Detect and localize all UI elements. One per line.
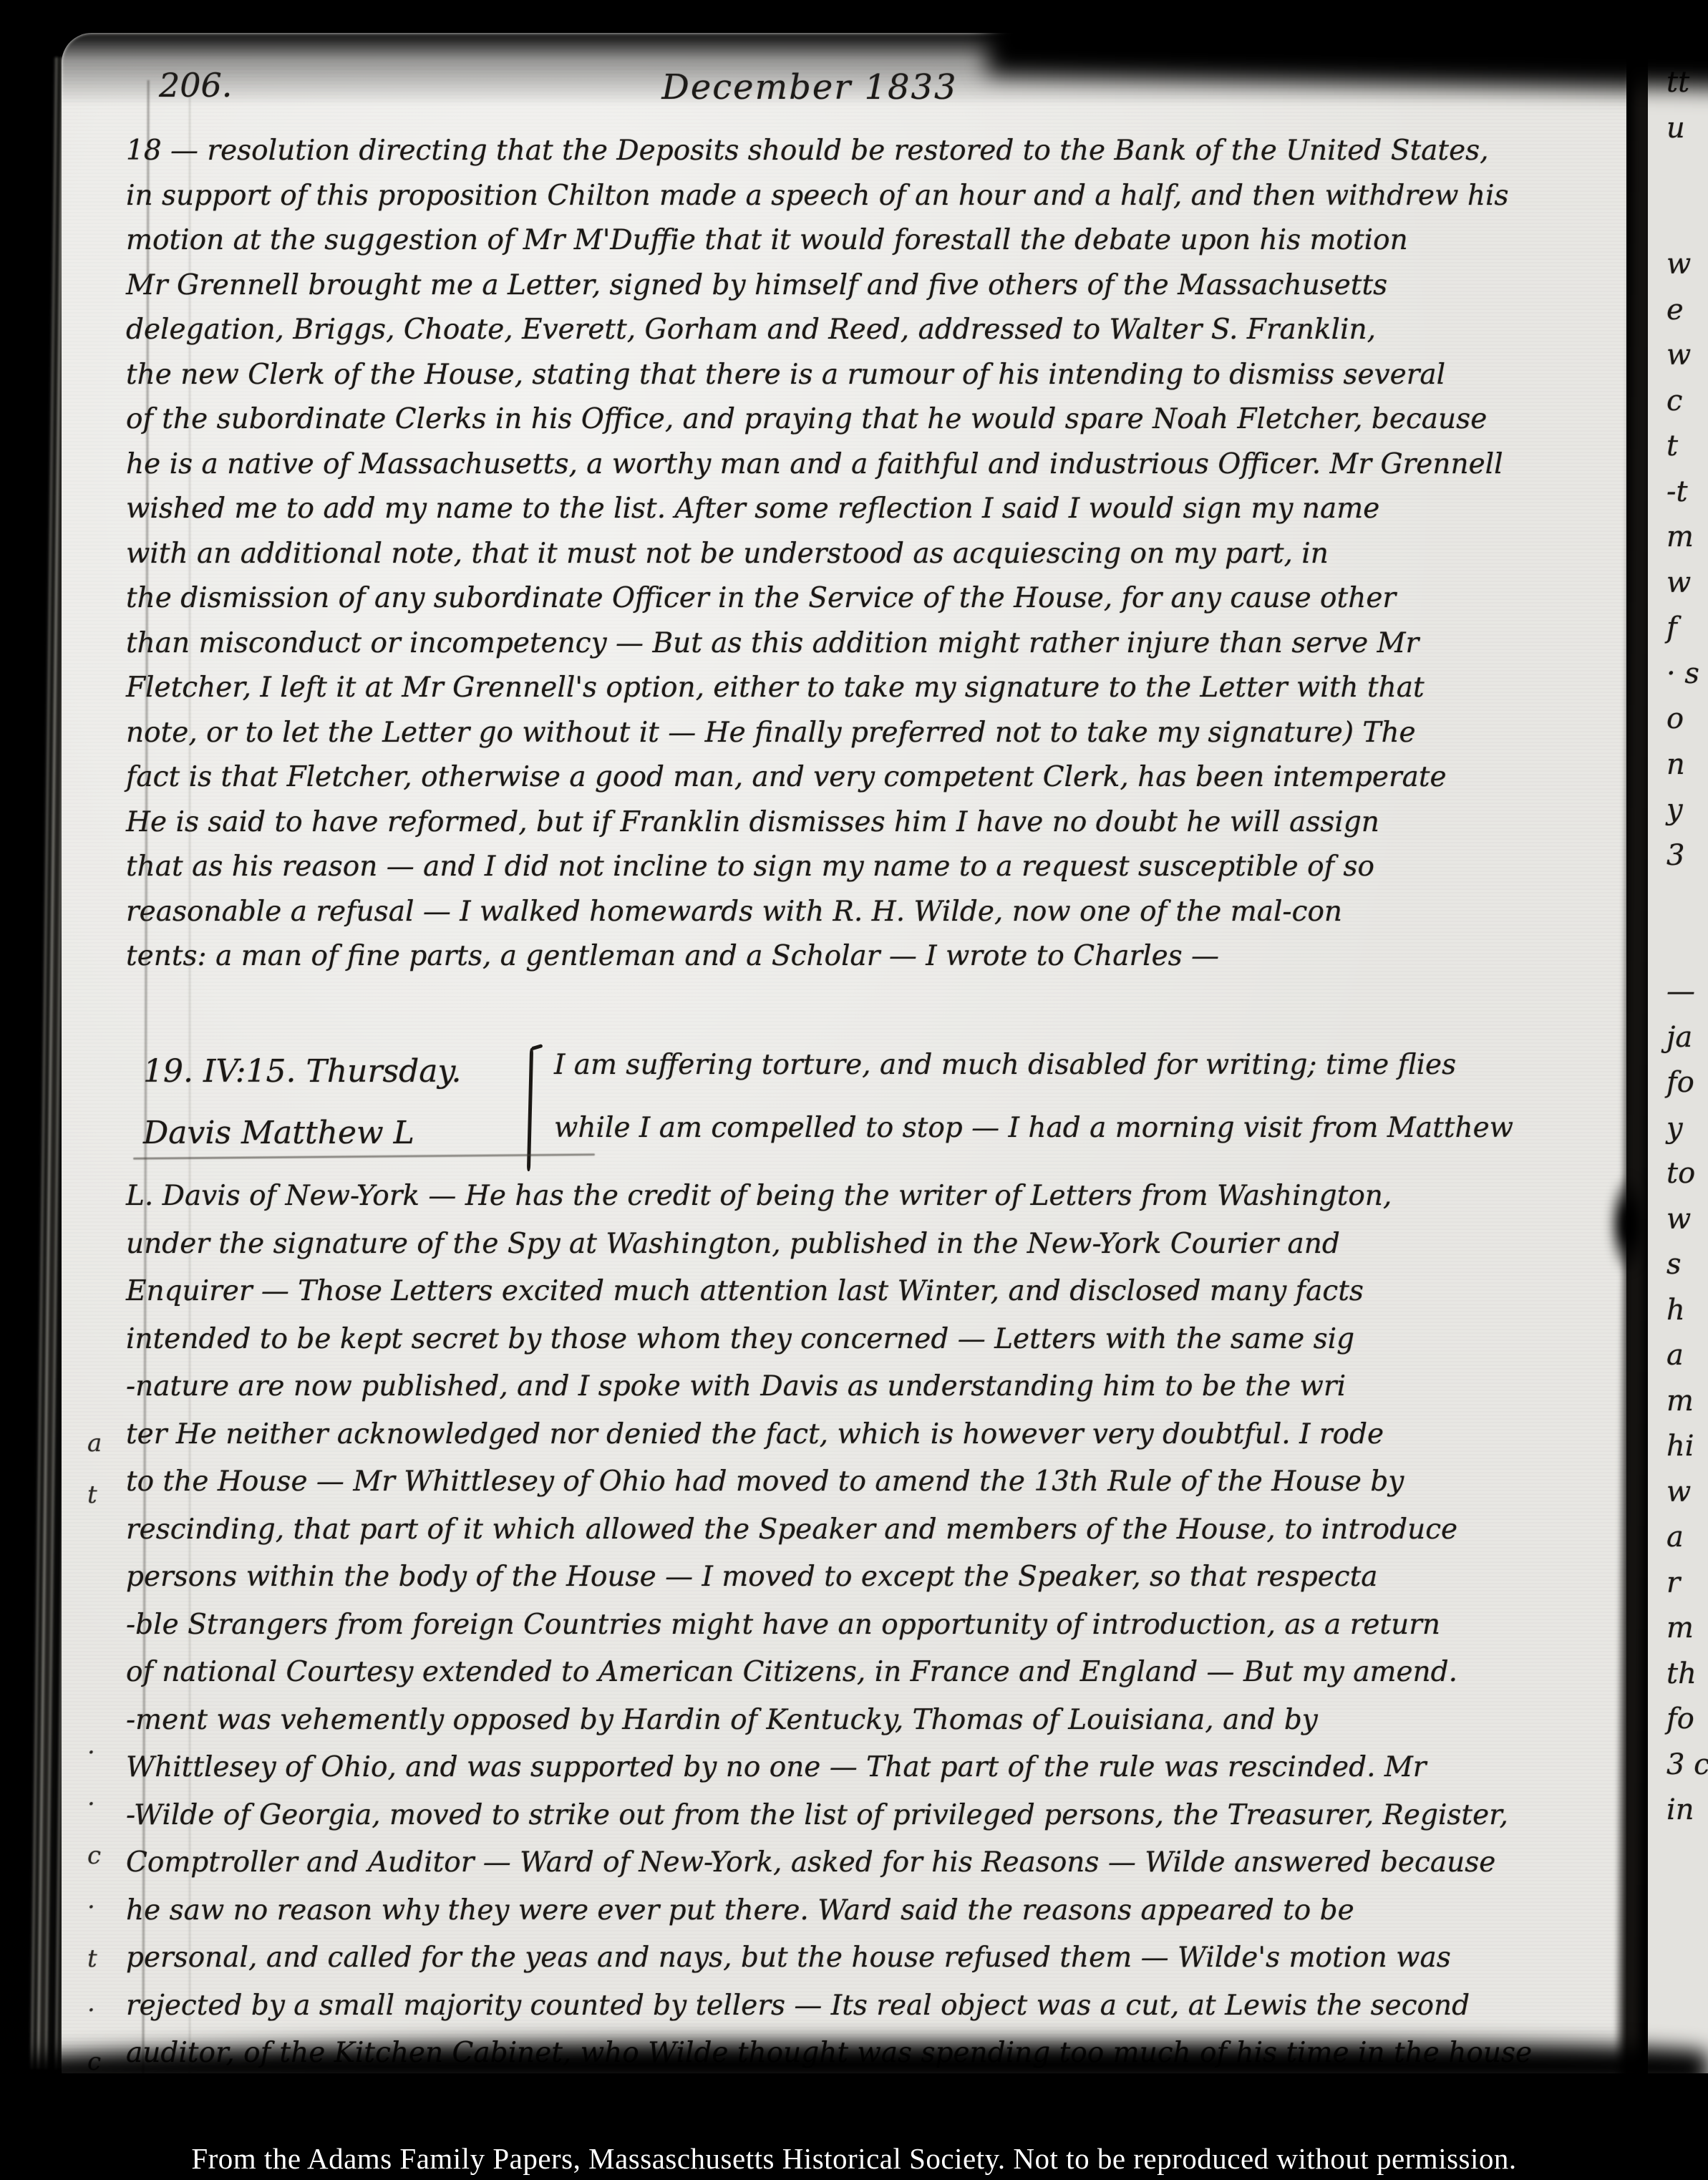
text-fragment: w xyxy=(1666,1197,1708,1243)
gutter-ink-smudge xyxy=(1608,1174,1648,1274)
text-fragment: w xyxy=(1666,242,1708,288)
manuscript-line: intended to be kept secret by those whom… xyxy=(126,1316,1615,1364)
manuscript-line: that as his reason — and I did not incli… xyxy=(126,845,1615,890)
text-fragment: a xyxy=(1666,1333,1708,1379)
ink-mark xyxy=(87,1624,130,1675)
manuscript-line: to the House — Mr Whittlesey of Ohio had… xyxy=(126,1458,1615,1506)
manuscript-line: wished me to add my name to the list. Af… xyxy=(126,487,1615,532)
text-fragment: w xyxy=(1666,561,1708,606)
ink-mark: · xyxy=(87,1881,130,1933)
manuscript-line: in support of this proposition Chilton m… xyxy=(126,174,1615,219)
manuscript-line: -Wilde of Georgia, moved to strike out f… xyxy=(126,1792,1615,1840)
manuscript-line: Fletcher, I left it at Mr Grennell's opt… xyxy=(126,666,1615,711)
text-fragment: — xyxy=(1666,969,1708,1015)
ink-mark: · xyxy=(87,1778,130,1830)
text-fragment: w xyxy=(1666,1470,1708,1516)
text-fragment: r xyxy=(1666,1561,1708,1607)
ink-mark: · xyxy=(87,1727,130,1778)
text-fragment: hi xyxy=(1666,1424,1708,1470)
manuscript-line: tents: a man of fine parts, a gentleman … xyxy=(126,934,1615,979)
manuscript-line: -nature are now published, and I spoke w… xyxy=(126,1363,1615,1411)
ink-mark: a xyxy=(87,1418,130,1469)
text-fragment: -t xyxy=(1666,470,1708,515)
facing-page-sliver: ttuwewct-tmwf· sony3—jafoytowshamhiwarmt… xyxy=(1648,24,1708,2086)
text-fragment: n xyxy=(1666,742,1708,788)
text-fragment: to xyxy=(1666,1151,1708,1197)
manuscript-line: the new Clerk of the House, stating that… xyxy=(126,353,1615,398)
text-fragment xyxy=(1666,878,1708,924)
text-fragment: s xyxy=(1666,1242,1708,1288)
manuscript-line: He is said to have reformed, but if Fran… xyxy=(126,800,1615,846)
manuscript-line: reasonable a refusal — I walked homeward… xyxy=(126,890,1615,935)
manuscript-line: Comptroller and Auditor — Ward of New-Yo… xyxy=(126,1839,1615,1887)
entry-19-heading-row: 19. IV:15. Thursday.Davis Matthew L I am… xyxy=(130,1038,1619,1173)
entry-19-margin-date: 19. IV:15. Thursday.Davis Matthew L xyxy=(143,1041,462,1164)
text-fragment: 3 c xyxy=(1666,1743,1708,1788)
manuscript-line: rescinding, that part of it which allowe… xyxy=(126,1506,1615,1554)
ink-mark: · xyxy=(87,1985,130,2036)
text-fragment: th xyxy=(1666,1652,1708,1697)
manuscript-page: 206. December 1833 18 — resolution direc… xyxy=(62,33,1626,2089)
manuscript-line: of national Courtesy extended to America… xyxy=(126,1649,1615,1697)
manuscript-line: rejected by a small majority counted by … xyxy=(126,1982,1615,2030)
manuscript-line: note, or to let the Letter go without it… xyxy=(126,711,1615,756)
text-fragment: h xyxy=(1666,1288,1708,1334)
manuscript-line: under the signature of the Spy at Washin… xyxy=(126,1221,1615,1269)
text-fragment: 3 xyxy=(1666,833,1708,879)
ink-mark: t xyxy=(87,1933,130,1985)
text-fragment: w xyxy=(1666,333,1708,379)
ink-mark xyxy=(87,1675,130,1727)
text-fragment xyxy=(1666,197,1708,243)
text-fragment xyxy=(1666,924,1708,970)
text-fragment: m xyxy=(1666,1606,1708,1652)
manuscript-line: fact is that Fletcher, otherwise a good … xyxy=(126,755,1615,800)
text-fragment: u xyxy=(1666,106,1708,152)
text-fragment xyxy=(1666,1833,1708,1879)
manuscript-line: he saw no reason why they were ever put … xyxy=(126,1887,1615,1935)
manuscript-line: -ment was vehemently opposed by Hardin o… xyxy=(126,1697,1615,1745)
ink-mark xyxy=(87,1572,130,1624)
manuscript-line: -ble Strangers from foreign Countries mi… xyxy=(126,1602,1615,1649)
text-fragment: in xyxy=(1666,1788,1708,1833)
left-margin-ink-marks: at··c·t·c' xyxy=(87,1418,130,2139)
manuscript-line: Whittlesey of Ohio, and was supported by… xyxy=(126,1744,1615,1792)
manuscript-line: of the subordinate Clerks in his Office,… xyxy=(126,397,1615,442)
text-fragment: ja xyxy=(1666,1015,1708,1061)
facing-page-text-fragments: ttuwewct-tmwf· sony3—jafoytowshamhiwarmt… xyxy=(1666,60,1708,1924)
manuscript-line: while I am compelled to stop — I had a m… xyxy=(554,1097,1513,1160)
manuscript-line: ter He neither acknowledged nor denied t… xyxy=(126,1411,1615,1459)
text-fragment xyxy=(1666,151,1708,197)
manuscript-line: with an additional note, that it must no… xyxy=(126,532,1615,577)
manuscript-line: I am suffering torture, and much disable… xyxy=(554,1034,1513,1097)
text-fragment xyxy=(1666,1879,1708,1924)
scan-top-shadow xyxy=(987,0,1708,89)
text-fragment: fo xyxy=(1666,1697,1708,1743)
text-fragment: c xyxy=(1666,379,1708,425)
text-fragment: · s xyxy=(1666,651,1708,697)
manuscript-line: delegation, Briggs, Choate, Everett, Gor… xyxy=(126,308,1615,353)
ink-mark: c xyxy=(87,1830,130,1881)
text-fragment: y xyxy=(1666,788,1708,833)
margin-brace-line xyxy=(527,1048,533,1171)
manuscript-line: persons within the body of the House — I… xyxy=(126,1554,1615,1602)
entry-19-text: L. Davis of New-York — He has the credit… xyxy=(126,1173,1615,2078)
ink-mark: t xyxy=(87,1469,130,1521)
manuscript-line: the dismission of any subordinate Office… xyxy=(126,576,1615,621)
text-fragment: o xyxy=(1666,697,1708,742)
manuscript-line: Mr Grennell brought me a Letter, signed … xyxy=(126,263,1615,309)
entry-19-opening-lines: I am suffering torture, and much disable… xyxy=(554,1034,1513,1160)
manuscript-line: Enquirer — Those Letters excited much at… xyxy=(126,1268,1615,1316)
entry-18-text: 18 — resolution directing that the Depos… xyxy=(126,129,1615,979)
text-fragment: m xyxy=(1666,515,1708,561)
text-fragment: t xyxy=(1666,424,1708,470)
margin-note-line: 19. IV:15. Thursday. xyxy=(143,1041,462,1103)
manuscript-line: L. Davis of New-York — He has the credit… xyxy=(126,1173,1615,1221)
manuscript-line: than misconduct or incompetency — But as… xyxy=(126,621,1615,667)
text-fragment: fo xyxy=(1666,1060,1708,1106)
scanned-diary-page: 206. December 1833 18 — resolution direc… xyxy=(0,0,1708,2180)
manuscript-line: 18 — resolution directing that the Depos… xyxy=(126,129,1615,174)
text-fragment: y xyxy=(1666,1106,1708,1152)
text-fragment: m xyxy=(1666,1379,1708,1425)
archive-caption: From the Adams Family Papers, Massaschus… xyxy=(0,2141,1708,2176)
ink-mark xyxy=(87,1521,130,1572)
text-fragment: a xyxy=(1666,1515,1708,1561)
text-fragment: e xyxy=(1666,288,1708,334)
text-fragment: f xyxy=(1666,606,1708,651)
manuscript-line: personal, and called for the yeas and na… xyxy=(126,1934,1615,1982)
manuscript-line: he is a native of Massachusetts, a worth… xyxy=(126,442,1615,488)
manuscript-line: motion at the suggestion of Mr M'Duffie … xyxy=(126,218,1615,263)
